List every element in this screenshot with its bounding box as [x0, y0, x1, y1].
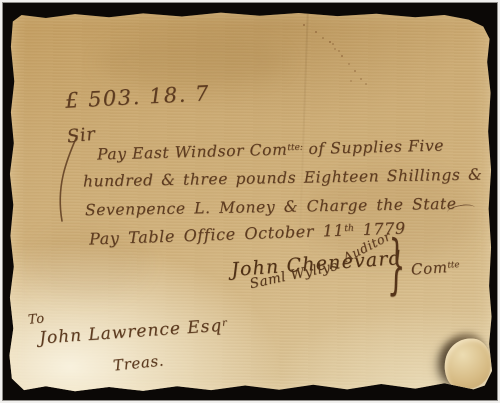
address-name: John Lawrence Esqr	[39, 315, 228, 348]
body-line-1-text: Pay East Windsor Com	[97, 141, 288, 164]
superscript: r	[222, 318, 227, 329]
superscript: tte	[447, 260, 460, 271]
pen-flourish-icon	[53, 133, 83, 227]
signature-brace: }	[387, 232, 407, 299]
photo-mat: £ 503. 18. 7 Sir Pay East Windsor Comtte…	[2, 2, 498, 401]
superscript: th	[344, 223, 354, 234]
body-line-1-text: of Supplies Five	[303, 136, 445, 158]
crease-line	[300, 12, 310, 228]
corner-curl	[440, 334, 496, 394]
paper-stain	[97, 36, 287, 88]
committee-abbreviation: Comtte	[410, 257, 460, 278]
ink-specks	[303, 24, 305, 26]
amount-figure: £ 503. 18. 7	[64, 81, 210, 113]
superscript: tte:	[287, 143, 303, 153]
body-line-1: Pay East Windsor Comtte: of Supplies Fiv…	[97, 136, 444, 163]
address-name-text: John Lawrence Esq	[39, 316, 223, 349]
address-to: To	[27, 311, 45, 327]
photo-frame: £ 503. 18. 7 Sir Pay East Windsor Comtte…	[0, 0, 500, 403]
committee-text: Com	[410, 258, 448, 279]
body-line-2: hundred & three pounds Eighteen Shilling…	[83, 166, 483, 191]
address-title: Treas.	[112, 351, 165, 374]
body-line-4-text: Pay Table Office October 11	[89, 221, 345, 249]
body-line-3: Sevenpence L. Money & Charge the State	[85, 195, 457, 219]
manuscript-paper: £ 503. 18. 7 Sir Pay East Windsor Comtte…	[7, 8, 493, 394]
